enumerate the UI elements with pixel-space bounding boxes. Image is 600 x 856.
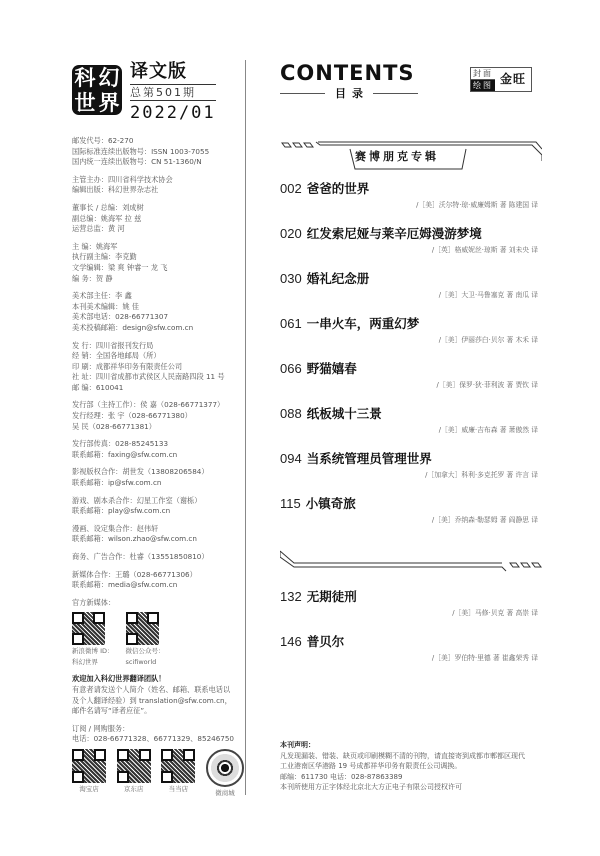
shop-jd[interactable]: 京东店 <box>117 749 151 798</box>
info-line: 董事长 / 总编：刘成树 <box>72 203 242 214</box>
toc-entry[interactable]: 115小镇奇旅 /［美］乔纳森·勒瑟姆 著 阎静思 译 <box>280 496 540 541</box>
info-block: 主 编：姚海军 执行副主编：李克勤 文学编辑：梁 爽 钟睿一 龙 飞 编 务：贺… <box>72 242 242 284</box>
qr-code-icon <box>117 749 151 783</box>
info-line: 联系邮箱：faxing@sfw.com.cn <box>72 450 242 461</box>
story-title: 普贝尔 <box>307 634 345 649</box>
story-byline: /［英］格威妮丝·琼斯 著 刘未央 译 <box>432 244 538 254</box>
info-block: 主管主办：四川省科学技术协会 编辑出版：科幻世界杂志社 <box>72 175 242 196</box>
story-title: 小镇奇旅 <box>306 496 356 511</box>
qr-caption: 微信公众号： <box>126 647 165 656</box>
toc-entry[interactable]: 002爸爸的世界 /［美］沃尔特·琼·威廉姆斯 著 陈建国 译 <box>280 181 540 226</box>
info-block: 发行部（主持工作）：侯 嘉（028-66771377） 发行经理：张 宇（028… <box>72 400 242 432</box>
shop-dangdang[interactable]: 当当店 <box>161 749 195 798</box>
info-line: 美术部主任：李 鑫 <box>72 291 242 302</box>
page-number: 094 <box>280 451 302 466</box>
cover-credit-label: 封面 绘图 <box>471 68 495 91</box>
info-line: 印 刷：成都祥华印务有限责任公司 <box>72 362 242 373</box>
issue-number: 总第501期 <box>130 84 216 101</box>
shop-label: 京东店 <box>117 785 151 794</box>
recruit-line: 邮件名请写“译者应征”。 <box>72 706 242 717</box>
story-title: 婚礼纪念册 <box>307 271 370 286</box>
contents-subheading-row: 目录 <box>280 85 418 101</box>
qr-code-icon <box>72 612 105 645</box>
story-byline: /［美］罗伯特·里德 著 崔鑫荣秀 译 <box>432 652 538 662</box>
toc-entry[interactable]: 088纸板城十三景 /［美］威廉·吉布森 著 萧傲然 译 <box>280 406 540 451</box>
recruit-line: 及个人翻译经验）到 translation@sfw.com.cn， <box>72 696 242 707</box>
shop-label: 淘宝店 <box>72 785 106 794</box>
info-line: 主 编：姚海军 <box>72 242 242 253</box>
cover-credit: 封面 绘图 金旺 <box>470 67 532 92</box>
info-line: 游戏、剧本杀合作：幻星工作室（谢栎） <box>72 496 242 507</box>
weibo-qr[interactable]: 新浪微博 ID： 科幻世界 <box>72 612 114 667</box>
story-byline: /［美］马修·贝克 著 高崇 译 <box>452 607 538 617</box>
info-line: 漫画、设定集合作：赵伟轩 <box>72 524 242 535</box>
cover-artist: 金旺 <box>495 68 531 91</box>
page-number: 115 <box>280 496 301 511</box>
info-line: 新媒体合作：王璐（028-66771306） <box>72 570 242 581</box>
info-block: 漫画、设定集合作：赵伟轩 联系邮箱：wilson.zhao@sfw.com.cn <box>72 524 242 545</box>
info-line: 联系邮箱：media@sfw.com.cn <box>72 580 242 591</box>
info-line: 影视版权合作：胡世发（13808206584） <box>72 467 242 478</box>
masthead: 科 幻 世 界 译文版 总第501期 2022/01 <box>72 62 242 124</box>
qr-caption: 科幻世界 <box>72 658 114 667</box>
recruit-line: 有意者请发送个人简介（姓名、邮箱、联系电话以 <box>72 685 242 696</box>
masthead-column: 科 幻 世 界 译文版 总第501期 2022/01 邮发代号：62-270 国… <box>72 62 242 798</box>
page-number: 061 <box>280 316 302 331</box>
notice-line: 邮编：611730 电话：028-87863389 <box>280 772 550 783</box>
info-line: 发 行：四川省报刊发行局 <box>72 341 242 352</box>
info-line: 邮 编：610041 <box>72 383 242 394</box>
info-block: 商务、广告合作：杜睿（13551850810） <box>72 552 242 563</box>
page-number: 002 <box>280 181 302 196</box>
recruit-heading: 欢迎加入科幻世界翻译团队！ <box>72 674 242 685</box>
toc-entry[interactable]: 061一串火车，两重幻梦 /［美］伊丽莎白·贝尔 著 木禾 译 <box>280 316 540 361</box>
notice-line: 凡发现漏装、错装、缺页或印刷模糊不清的刊物，请直接寄到成都市郫都区现代 <box>280 751 550 762</box>
contents-header: CONTENTS 目录 封面 绘图 金旺 <box>280 62 540 107</box>
story-title: 一串火车，两重幻梦 <box>307 316 420 331</box>
edition-label: 译文版 <box>130 62 216 82</box>
info-line: 副总编：姚海军 拉 兹 <box>72 214 242 225</box>
info-line: 邮发代号：62-270 <box>72 136 242 147</box>
section-banner-end <box>280 549 540 579</box>
official-media-label: 官方新媒体： <box>72 598 242 609</box>
info-line: 主管主办：四川省科学技术协会 <box>72 175 242 186</box>
official-media: 官方新媒体： 新浪微博 ID： 科幻世界 微信公众号： scifiworld <box>72 598 242 668</box>
subscription-label: 订阅 / 网购服务： <box>72 724 242 735</box>
story-title: 无期徒刑 <box>307 589 357 604</box>
info-line: 发行部（主持工作）：侯 嘉（028-66771377） <box>72 400 242 411</box>
mini-program-code-icon <box>206 749 244 787</box>
qr-caption: scifiworld <box>126 658 165 667</box>
info-block: 发 行：四川省报刊发行局 经 销：全国各地邮局（所） 印 刷：成都祥华印务有限责… <box>72 341 242 394</box>
wechat-qr[interactable]: 微信公众号： scifiworld <box>126 612 165 667</box>
shop-label: 当当店 <box>161 785 195 794</box>
info-block: 邮发代号：62-270 国际标准连续出版物号：ISSN 1003-7055 国内… <box>72 136 242 168</box>
qr-code-icon <box>126 612 159 645</box>
notice-line: 本刊所使用方正字体经北京北大方正电子有限公司授权许可 <box>280 782 550 793</box>
story-byline: /［美］威廉·吉布森 著 萧傲然 译 <box>439 424 538 434</box>
toc-list: 002爸爸的世界 /［美］沃尔特·琼·威廉姆斯 著 陈建国 译 020红发索尼娅… <box>280 181 540 679</box>
story-title: 纸板城十三景 <box>307 406 382 421</box>
info-line: 运营总监：黄 河 <box>72 224 242 235</box>
page-number: 146 <box>280 634 302 649</box>
cover-label-top: 封面 <box>471 68 495 80</box>
shop-wechat-mall[interactable]: 微商城 <box>206 749 244 798</box>
publisher-notice: 本刊声明： 凡发现漏装、错装、缺页或印刷模糊不清的刊物，请直接寄到成都市郫都区现… <box>280 740 550 793</box>
subscription-phone: 电话：028-66771328、66771329、85246750 <box>72 734 242 745</box>
info-line: 经 销：全国各地邮局（所） <box>72 351 242 362</box>
info-line: 执行副主编：李克勤 <box>72 252 242 263</box>
info-line: 吴 民（028-66771381） <box>72 422 242 433</box>
subscription-block: 订阅 / 网购服务： 电话：028-66771328、66771329、8524… <box>72 724 242 798</box>
page-number: 020 <box>280 226 302 241</box>
magazine-logo: 科 幻 世 界 <box>72 65 122 115</box>
info-line: 文学编辑：梁 爽 钟睿一 龙 飞 <box>72 263 242 274</box>
info-line: 美术投稿邮箱：design@sfw.com.cn <box>72 323 242 334</box>
page-number: 066 <box>280 361 302 376</box>
info-line: 编辑出版：科幻世界杂志社 <box>72 185 242 196</box>
info-block: 董事长 / 总编：刘成树 副总编：姚海军 拉 兹 运营总监：黄 河 <box>72 203 242 235</box>
logo-char: 幻 <box>97 66 121 90</box>
toc-entry[interactable]: 030婚礼纪念册 /［美］大卫·马鲁塞克 著 南瓜 译 <box>280 271 540 316</box>
qr-caption: 新浪微博 ID： <box>72 647 114 656</box>
recruit-block: 欢迎加入科幻世界翻译团队！ 有意者请发送个人简介（姓名、邮箱、联系电话以 及个人… <box>72 674 242 716</box>
shop-taobao[interactable]: 淘宝店 <box>72 749 106 798</box>
contents-column: CONTENTS 目录 封面 绘图 金旺 赛博朋克专辑 <box>280 62 540 679</box>
story-byline: /［美］沃尔特·琼·威廉姆斯 著 陈建国 译 <box>416 199 538 209</box>
logo-char: 科 <box>73 66 97 90</box>
toc-entry[interactable]: 066野猫嬉春 /［美］保罗·狄·菲利波 著 贾钦 译 <box>280 361 540 406</box>
info-line: 商务、广告合作：杜睿（13551850810） <box>72 552 242 563</box>
issue-date: 2022/01 <box>130 103 216 123</box>
notice-heading: 本刊声明： <box>280 740 550 751</box>
story-byline: /［美］大卫·马鲁塞克 著 南瓜 译 <box>439 289 538 299</box>
story-title: 野猫嬉春 <box>307 361 357 376</box>
info-block: 新媒体合作：王璐（028-66771306） 联系邮箱：media@sfw.co… <box>72 570 242 591</box>
info-block: 美术部主任：李 鑫 本刊美术编辑：姚 佳 美术部电话：028-66771307 … <box>72 291 242 333</box>
story-title: 当系统管理员管理世界 <box>307 451 432 466</box>
info-block: 游戏、剧本杀合作：幻星工作室（谢栎） 联系邮箱：play@sfw.com.cn <box>72 496 242 517</box>
info-line: 编 务：贺 静 <box>72 274 242 285</box>
qr-code-icon <box>161 749 195 783</box>
info-line: 发行部传真：028-85245133 <box>72 439 242 450</box>
story-byline: /［加拿大］科利·多克托罗 著 许言 译 <box>425 469 538 479</box>
story-byline: /［美］保罗·狄·菲利波 著 贾钦 译 <box>437 379 538 389</box>
page-number: 088 <box>280 406 302 421</box>
story-title: 爸爸的世界 <box>307 181 370 196</box>
rule-line <box>373 93 418 94</box>
logo-char: 界 <box>97 91 121 115</box>
logo-char: 世 <box>73 91 97 115</box>
section-title: 赛博朋克专辑 <box>355 148 439 164</box>
info-line: 国内统一连续出版物号：CN 51-1360/N <box>72 157 242 168</box>
info-line: 联系邮箱：play@sfw.com.cn <box>72 506 242 517</box>
toc-entry[interactable]: 020红发索尼娅与莱辛厄姆漫游梦境 /［英］格威妮丝·琼斯 著 刘未央 译 <box>280 226 540 271</box>
shop-label: 微商城 <box>206 789 244 798</box>
contents-subheading: 目录 <box>325 85 373 101</box>
story-byline: /［美］乔纳森·勒瑟姆 著 阎静思 译 <box>432 514 538 524</box>
toc-entry[interactable]: 146普贝尔 /［美］罗伯特·里德 著 崔鑫荣秀 译 <box>280 634 540 679</box>
info-line: 联系邮箱：wilson.zhao@sfw.com.cn <box>72 534 242 545</box>
page-number: 132 <box>280 589 302 604</box>
banner-end-frame-icon <box>280 549 542 579</box>
info-line: 本刊美术编辑：姚 佳 <box>72 302 242 313</box>
publication-info: 邮发代号：62-270 国际标准连续出版物号：ISSN 1003-7055 国内… <box>72 136 242 798</box>
story-byline: /［美］伊丽莎白·贝尔 著 木禾 译 <box>439 334 538 344</box>
info-line: 美术部电话：028-66771307 <box>72 312 242 323</box>
info-line: 发行经理：张 宇（028-66771380） <box>72 411 242 422</box>
info-block: 发行部传真：028-85245133 联系邮箱：faxing@sfw.com.c… <box>72 439 242 460</box>
issue-block: 译文版 总第501期 2022/01 <box>130 62 216 123</box>
column-divider <box>245 60 246 795</box>
toc-entry[interactable]: 094当系统管理员管理世界 /［加拿大］科利·多克托罗 著 许言 译 <box>280 451 540 496</box>
info-block: 影视版权合作：胡世发（13808206584） 联系邮箱：ip@sfw.com.… <box>72 467 242 488</box>
section-banner: 赛博朋克专辑 <box>280 137 540 173</box>
info-line: 社 址：四川省成都市武侯区人民南路四段 11 号 <box>72 372 242 383</box>
cover-label-bottom: 绘图 <box>471 80 495 91</box>
qr-row: 新浪微博 ID： 科幻世界 微信公众号： scifiworld <box>72 612 242 667</box>
rule-line <box>280 93 325 94</box>
shop-qr-row: 淘宝店 京东店 当当店 微商城 <box>72 749 244 798</box>
notice-line: 工业港南区华港路 19 号成都祥华印务有限责任公司调换。 <box>280 761 550 772</box>
info-line: 国际标准连续出版物号：ISSN 1003-7055 <box>72 147 242 158</box>
qr-code-icon <box>72 749 106 783</box>
info-line: 联系邮箱：ip@sfw.com.cn <box>72 478 242 489</box>
story-title: 红发索尼娅与莱辛厄姆漫游梦境 <box>307 226 482 241</box>
page-number: 030 <box>280 271 302 286</box>
toc-entry[interactable]: 132无期徒刑 /［美］马修·贝克 著 高崇 译 <box>280 589 540 634</box>
